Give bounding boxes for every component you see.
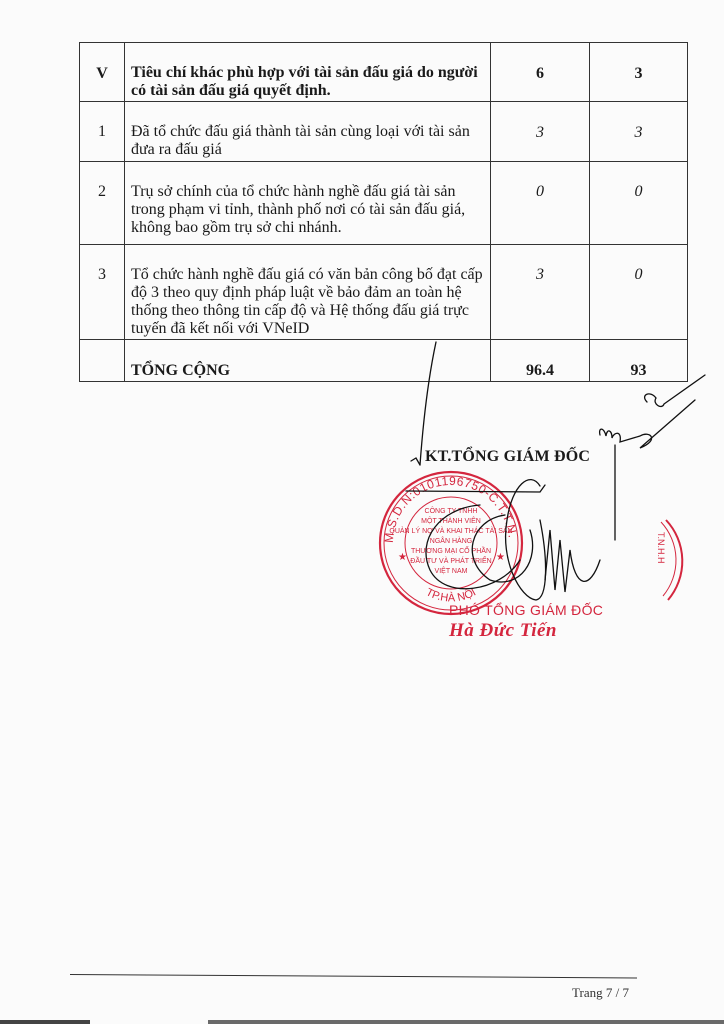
page-number: Trang 7 / 7: [572, 985, 629, 1001]
svg-text:MỘT THÀNH VIÊN: MỘT THÀNH VIÊN: [421, 516, 481, 525]
signer-name: Hà Đức Tiến: [449, 620, 557, 642]
svg-text:★: ★: [496, 552, 505, 563]
signature-stamp-overlay: M.S.D.N:0101196750-C.T.T.N.H.H TP.HÀ NỘI…: [0, 0, 724, 1024]
svg-text:ĐẦU TƯ VÀ PHÁT TRIỂN: ĐẦU TƯ VÀ PHÁT TRIỂN: [410, 555, 491, 565]
scan-edge: [0, 1020, 90, 1024]
svg-text:QUẢN LÝ NỢ VÀ KHAI THÁC TÀI SẢ: QUẢN LÝ NỢ VÀ KHAI THÁC TÀI SẢN: [389, 526, 512, 535]
scan-edge: [208, 1020, 724, 1024]
svg-text:THƯƠNG MẠI CỔ PHẦN: THƯƠNG MẠI CỔ PHẦN: [411, 545, 491, 555]
signer-position: PHÓ TỔNG GIÁM ĐỐC: [449, 602, 603, 618]
stamp-ring-text: M.S.D.N:0101196750-C.T.T.N.H.H: [0, 0, 520, 543]
svg-text:★: ★: [398, 552, 407, 563]
stamp-center-text: CÔNG TY TNHHMỘT THÀNH VIÊNQUẢN LÝ NỢ VÀ …: [389, 506, 512, 575]
svg-text:T.N.H.H: T.N.H.H: [656, 532, 666, 564]
svg-text:NGÂN HÀNG: NGÂN HÀNG: [430, 536, 472, 545]
svg-text:VIỆT NAM: VIỆT NAM: [435, 566, 468, 575]
